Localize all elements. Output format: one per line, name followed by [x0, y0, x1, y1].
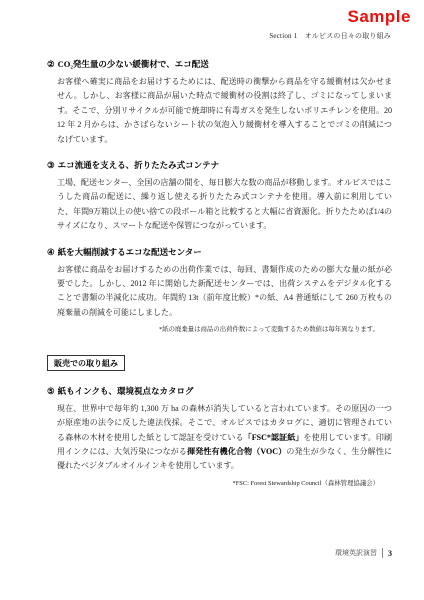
section-title-text: 紙もインクも、環境視点なカタログ — [58, 386, 194, 396]
section-number: ③ — [47, 160, 55, 170]
section-heading-eco-packing: ②CO₂発生量の少ない緩衝材で、エコ配送 — [47, 58, 392, 70]
voc-bold: 揮発性有機化合物（VOC） — [187, 447, 286, 456]
footnote-paper-waste: *紙の廃棄量は商品の出荷件数によって変動するため数値は毎年異なります。 — [47, 324, 379, 333]
section-number: ② — [47, 59, 55, 69]
fsc-certified-paper-bold: 「FSC*認証紙」 — [244, 433, 304, 442]
section-number: ④ — [47, 247, 55, 257]
footnote-fsc: *FSC: Forest Stewardship Council（森林管理協議会… — [47, 478, 379, 487]
section-heading-eco-catalog: ⑤紙もインクも、環境視点なカタログ — [47, 385, 392, 397]
section-heading-paper-reduction: ④紙を大幅削減するエコな配送センター — [47, 246, 392, 258]
category-box-sales: 販売での取り組み — [47, 355, 125, 371]
section-number: ⑤ — [47, 386, 55, 396]
section-title-text: 紙を大幅削減するエコな配送センター — [58, 247, 202, 257]
section-body-eco-catalog: 現在、世界中で毎年約 1,300 万 ha の森林が消失していると言われています… — [57, 402, 392, 474]
section-body-folding-container: 工場、配送センター、全国の店舗の間を、毎日膨大な数の商品が移動します。オルビスで… — [57, 176, 392, 234]
sample-watermark: Sample — [348, 7, 411, 27]
section-title-text: エコ流通を支える、折りたたみ式コンテナ — [58, 160, 220, 170]
page-footer: 環境英訳演習 3 — [335, 548, 392, 558]
category-box-label: 販売での取り組み — [54, 359, 118, 368]
section-title-text: CO₂発生量の少ない緩衝材で、エコ配送 — [58, 59, 209, 69]
section-body-eco-packing: お客様へ確実に商品をお届けするためには、配送時の衝撃から商品を守る緩衝材は欠かせ… — [57, 75, 392, 147]
document-content: ②CO₂発生量の少ない緩衝材で、エコ配送 お客様へ確実に商品をお届けするためには… — [47, 58, 392, 487]
document-page: Sample Section 1 オルビスの日々の取り組み ②CO₂発生量の少な… — [0, 0, 424, 600]
section-heading-folding-container: ③エコ流通を支える、折りたたみ式コンテナ — [47, 159, 392, 171]
page-number: 3 — [388, 549, 392, 558]
footer-separator — [382, 548, 383, 558]
section-body-paper-reduction: お客様に商品をお届けするための出荷作業では、毎回、書類作成のための膨大な量の紙が… — [57, 263, 392, 321]
footer-doc-title: 環境英訳演習 — [335, 548, 377, 558]
section-header: Section 1 オルビスの日々の取り組み — [269, 31, 391, 41]
